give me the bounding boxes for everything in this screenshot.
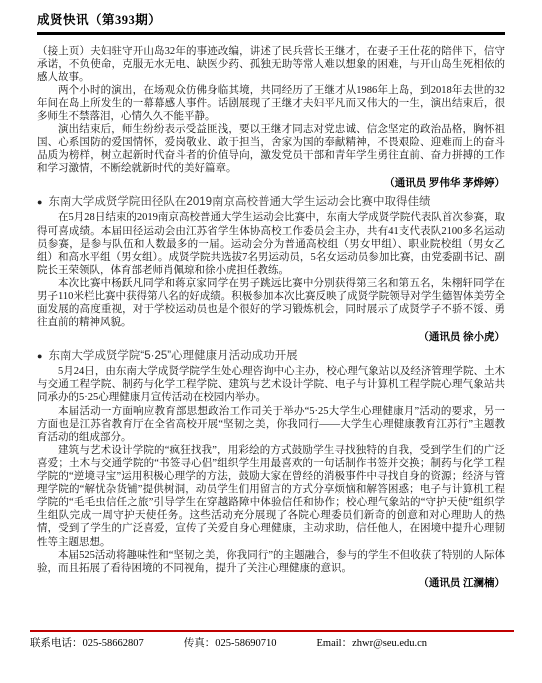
footer-email: Email：zhwr@seu.edu.cn [317,637,428,650]
article2-title-text: 东南大学成贤学院田径队在2019南京高校普通大学生运动会比赛中取得佳绩 [48,195,430,209]
bullet-icon: ● [37,349,42,363]
article2-paragraph-2: 本次比赛中杨跃凡同学和蒋京家同学在男子跳远比赛中分别获得第三名和第五名，朱栩轩同… [37,277,505,329]
article3-paragraph-2: 本届活动一方面响应教育部思想政治工作司关于举办“5·25大学生心理健康月”活动的… [37,405,505,444]
article2-byline: （通讯员 徐小虎） [37,331,505,344]
article1-byline: （通讯员 罗伟华 茅烨婷） [37,177,505,190]
article1-paragraph-2: 两个小时的演出，在场观众仿佛身临其境，共同经历了王继才从1986年上岛，到201… [37,84,505,123]
masthead-rule [37,32,505,35]
article3-title-text: 东南大学成贤学院“5·25”心理健康月活动成功开展 [48,349,297,363]
article3-paragraph-1: 5月24日，由东南大学成贤学院学生处心理咨询中心主办，校心理气象站以及经济管理学… [37,365,505,404]
article1-paragraph-1: （接上页）夫妇驻守开山岛32年的事迹改编，讲述了民兵营长王继才，在妻子王仕花的陪… [37,45,505,84]
article2-title: ● 东南大学成贤学院田径队在2019南京高校普通大学生运动会比赛中取得佳绩 [37,195,505,209]
newsletter-page: 成贤快讯（第393期） （接上页）夫妇驻守开山岛32年的事迹改编，讲述了民兵营长… [0,0,542,683]
footer-phone: 联系电话：025-58662807 [30,637,144,650]
footer-rule [30,630,514,632]
footer: 联系电话：025-58662807 传真：025-58690710 Email：… [30,630,514,650]
bullet-icon: ● [37,195,42,209]
article3-paragraph-3: 建筑与艺术设计学院的“疯狂找我”，用彩绘的方式鼓励学生寻找独特的自我，受到学生们… [37,444,505,549]
article2-paragraph-1: 在5月28日结束的2019南京高校普通大学生运动会比赛中，东南大学成贤学院代表队… [37,211,505,276]
newsletter-body: （接上页）夫妇驻守开山岛32年的事迹改编，讲述了民兵营长王继才，在妻子王仕花的陪… [37,45,505,637]
masthead-title: 成贤快讯（第393期） [37,13,505,27]
article3-title: ● 东南大学成贤学院“5·25”心理健康月活动成功开展 [37,349,505,363]
masthead: 成贤快讯（第393期） [37,13,505,35]
article3-byline: （通讯员 江澜楠） [37,577,505,590]
footer-contacts: 联系电话：025-58662807 传真：025-58690710 Email：… [30,637,514,650]
article3-paragraph-4: 本届525活动将趣味性和“坚韧之美，你我同行”的主题融合，参与的学生不但收获了特… [37,549,505,575]
footer-fax: 传真：025-58690710 [184,637,277,650]
article1-paragraph-3: 演出结束后，师生纷纷表示受益匪浅，要以王继才同志对党忠诚、信念坚定的政治品格，胸… [37,123,505,175]
